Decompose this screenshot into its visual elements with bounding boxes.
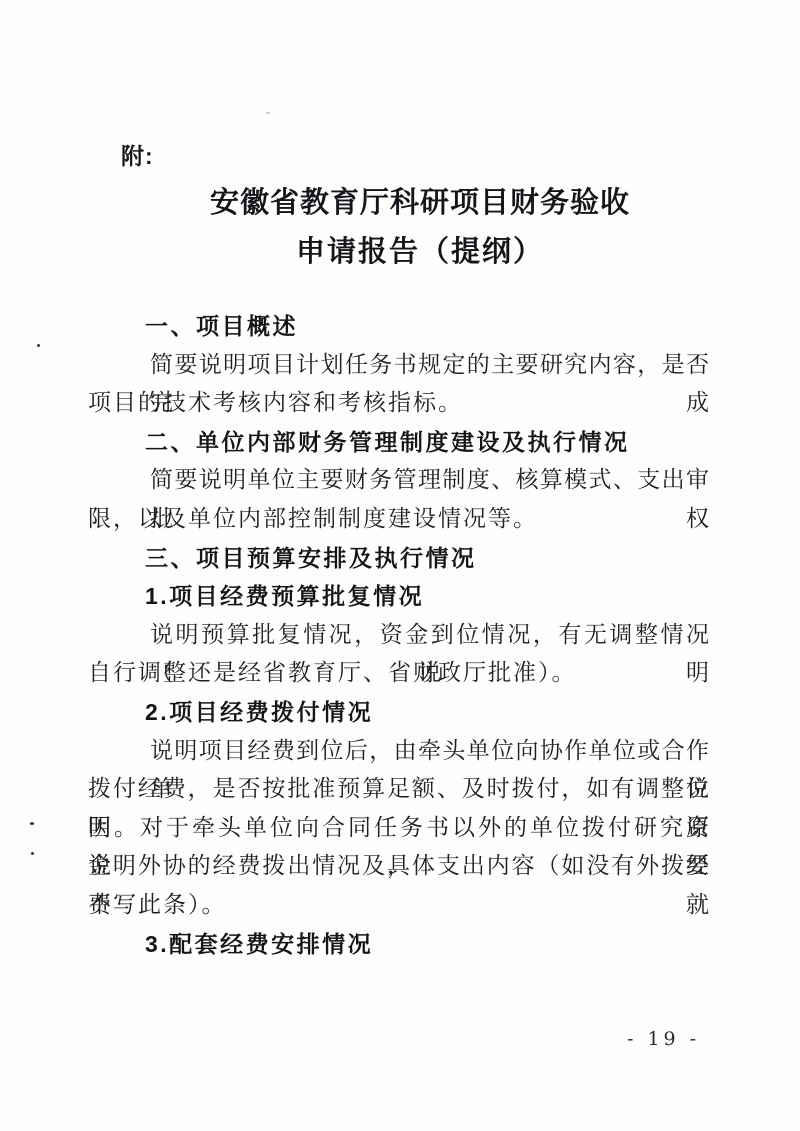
- scanned-document-page: 附: 安徽省教育厅科研项目财务验收 申请报告（提纲） 一、项目概述 简要说明项目…: [0, 0, 800, 1131]
- section-2-heading: 二、单位内部财务管理制度建设及执行情况: [88, 423, 710, 462]
- section-1-heading: 一、项目概述: [88, 307, 710, 346]
- section-1-paragraph-line: 简要说明项目计划任务书规定的主要研究内容，是否完成: [88, 346, 710, 385]
- document-title-line-1: 安徽省教育厅科研项目财务验收: [40, 183, 800, 223]
- subsection-3-2-paragraph-line: 拨付经费，是否按批准预算足额、及时拨付，如有调整说明原: [88, 770, 710, 809]
- page-number: - 19 -: [627, 1028, 700, 1050]
- subsection-3-2-heading: 2.项目经费拨付情况: [88, 693, 710, 732]
- document-title: 安徽省教育厅科研项目财务验收 申请报告（提纲）: [0, 183, 800, 272]
- subsection-3-3-heading: 3.配套经费安排情况: [88, 925, 710, 964]
- subsection-3-2-paragraph-line: 说明外协的经费拨出情况及具体支出内容（如没有外拨经费就: [88, 847, 710, 886]
- document-body: 一、项目概述 简要说明项目计划任务书规定的主要研究内容，是否完成 项目的技术考核…: [88, 307, 710, 963]
- scan-speck: [31, 852, 34, 855]
- document-title-line-2: 申请报告（提纲）: [40, 232, 800, 272]
- scan-speck: [266, 112, 270, 114]
- subsection-3-2-paragraph-line: 说明项目经费到位后，由牵头单位向协作单位或合作单位: [88, 732, 710, 771]
- subsection-3-1-heading: 1.项目经费预算批复情况: [88, 577, 710, 616]
- section-3-heading: 三、项目预算安排及执行情况: [88, 539, 710, 578]
- subsection-3-1-paragraph-line: 说明预算批复情况，资金到位情况，有无调整情况（说明: [88, 616, 710, 655]
- section-2-paragraph-line: 简要说明单位主要财务管理制度、核算模式、支出审批权: [88, 461, 710, 500]
- scan-speck: [37, 344, 40, 347]
- subsection-3-2-paragraph-line: 因。对于牵头单位向合同任务书以外的单位拨付研究资金，要: [88, 809, 710, 848]
- scan-speck: [30, 822, 34, 825]
- attachment-label: 附:: [121, 138, 154, 171]
